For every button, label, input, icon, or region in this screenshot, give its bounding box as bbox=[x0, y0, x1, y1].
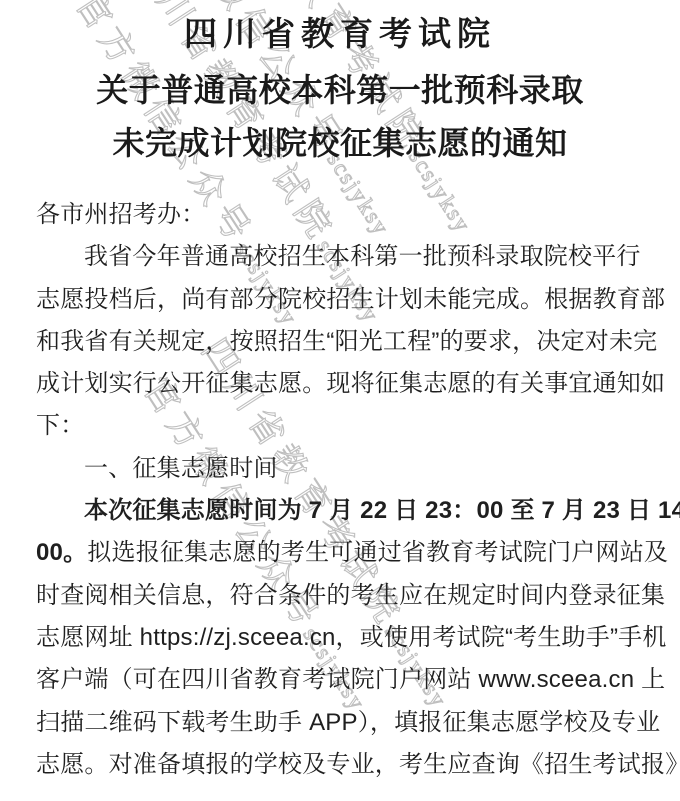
doc-title: 四川省教育考试院 关于普通高校本科第一批预科录取 未完成计划院校征集志愿的通知 bbox=[0, 8, 680, 170]
schedule-line: 本次征集志愿时间为 7 月 22 日 23：00 至 7 月 23 日 14： bbox=[36, 490, 660, 532]
doc-title-line-3: 未完成计划院校征集志愿的通知 bbox=[0, 117, 680, 170]
body-line: 志愿。对准备填报的学校及专业，考生应查询《招生考试报》 bbox=[36, 744, 660, 786]
body-line: 和我省有关规定，按照招生“阳光工程”的要求，决定对未完 bbox=[36, 321, 660, 363]
body-line-text: 拟选报征集志愿的考生可通过省教育考试院门户网站及 bbox=[87, 539, 668, 566]
body-line: 成计划实行公开征集志愿。现将征集志愿的有关事宜通知如 bbox=[36, 363, 660, 405]
schedule-line-continuation: 00。 bbox=[36, 539, 87, 566]
notice-document-page: 四川省教育考试院scsjyksy 官方微信公众号scsjyksy 四川省教育考试… bbox=[0, 0, 680, 801]
body-line: 下： bbox=[36, 405, 660, 447]
body-line-with-url: 志愿网址 https://zj.sceea.cn，或使用考试院“考生助手”手机 bbox=[36, 617, 660, 659]
doc-title-line-2: 关于普通高校本科第一批预科录取 bbox=[0, 63, 680, 117]
body-line: 我省今年普通高校招生本科第一批预科录取院校平行 bbox=[36, 236, 660, 278]
doc-title-line-1: 四川省教育考试院 bbox=[0, 8, 680, 63]
body-line: 志愿投档后，尚有部分院校招生计划未能完成。根据教育部 bbox=[36, 279, 660, 321]
doc-body: 各市州招考办： 我省今年普通高校招生本科第一批预科录取院校平行 志愿投档后，尚有… bbox=[36, 194, 660, 786]
body-line-with-url: 客户端（可在四川省教育考试院门户网站 www.sceea.cn 上 bbox=[36, 659, 660, 701]
body-line: 00。拟选报征集志愿的考生可通过省教育考试院门户网站及 bbox=[36, 532, 660, 574]
salutation-line: 各市州招考办： bbox=[36, 194, 660, 236]
body-line: 时查阅相关信息，符合条件的考生应在规定时间内登录征集 bbox=[36, 575, 660, 617]
section-heading-line: 一、征集志愿时间 bbox=[36, 448, 660, 490]
body-line: 扫描二维码下载考生助手 APP），填报征集志愿学校及专业 bbox=[36, 702, 660, 744]
